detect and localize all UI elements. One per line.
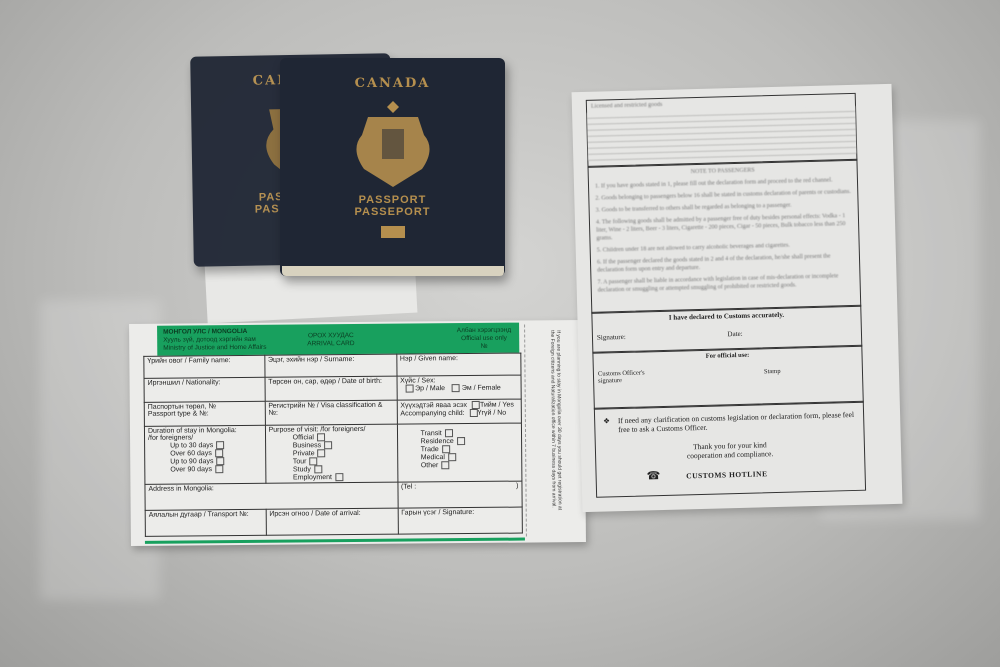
option-label: Medical	[421, 454, 445, 461]
option-checkbox[interactable]	[448, 453, 456, 461]
note-item: 4. The following goods shall be admitted…	[596, 212, 853, 243]
option-label: Private	[293, 450, 315, 457]
note-item: 7. A passenger shall be liable in accord…	[597, 272, 853, 295]
passport-front: CANADA PASSPORT PASSEPORT	[280, 58, 505, 276]
option-checkbox[interactable]	[216, 457, 224, 465]
option-label: Business	[293, 442, 321, 449]
option-checkbox[interactable]	[445, 429, 453, 437]
official-use-en: Official use only	[457, 335, 511, 343]
restricted-goods-list	[587, 106, 856, 161]
passport-title-fr: PASSEPORT	[280, 206, 505, 218]
transport-field[interactable]: Аялалын дугаар / Transport №:	[149, 511, 249, 519]
option-label: Over 90 days	[170, 466, 212, 473]
clarification-text: If need any clarification on customs leg…	[618, 410, 856, 434]
duration-options: Up to 30 daysOver 60 daysUp to 90 daysOv…	[148, 441, 262, 474]
given-name-field[interactable]: Нэр / Given name:	[400, 355, 458, 363]
accompanying-en: Accompanying child:	[400, 410, 464, 418]
option-checkbox[interactable]	[317, 433, 325, 441]
no-checkbox[interactable]	[470, 409, 478, 417]
option-checkbox[interactable]	[314, 465, 322, 473]
option-label: Transit	[421, 430, 442, 437]
passport-title: PASSPORT	[280, 194, 505, 206]
female-label: Эм / Female	[462, 385, 501, 392]
tel-close: )	[516, 483, 518, 490]
female-checkbox[interactable]	[452, 384, 460, 392]
card-green-bar	[145, 538, 525, 544]
option-checkbox[interactable]	[215, 465, 223, 473]
stamp-field: Stamp	[764, 368, 781, 375]
info-section: ❖ If need any clarification on customs l…	[594, 401, 866, 498]
sex-label: Хүйс / Sex:	[400, 377, 435, 384]
male-checkbox[interactable]	[405, 385, 413, 393]
option-checkbox[interactable]	[442, 445, 450, 453]
notes-section: NOTE TO PASSENGERS 1. If you have goods …	[587, 159, 861, 314]
option-item: Over 90 days	[170, 465, 262, 474]
option-label: Official	[293, 434, 314, 441]
dob-field[interactable]: Төрсөн он, сар, өдөр / Date of birth:	[268, 378, 382, 386]
option-checkbox[interactable]	[324, 441, 332, 449]
option-item: Other	[421, 461, 519, 470]
passport-pages	[282, 266, 504, 276]
option-checkbox[interactable]	[335, 473, 343, 481]
option-item: Employment	[293, 473, 394, 482]
nationality-field[interactable]: Иргэншил / Nationality:	[148, 379, 221, 387]
option-checkbox[interactable]	[216, 441, 224, 449]
signature-field[interactable]: Гарын үсэг / Signature:	[401, 509, 474, 517]
option-checkbox[interactable]	[309, 457, 317, 465]
purpose-options-b: TransitResidenceTradeMedicalOther	[400, 425, 518, 470]
biometric-chip-icon	[381, 226, 405, 238]
option-label: Trade	[421, 446, 439, 453]
purpose-options-a: OfficialBusinessPrivateTourStudyEmployme…	[269, 433, 394, 482]
header-ministry-en: Ministry of Justice and Home Affairs	[163, 344, 266, 353]
bullet-icon: ❖	[603, 416, 610, 434]
accompanying-mn: Хүүхэдтэй явaa эсэх	[400, 402, 467, 410]
phone-icon: ☎	[646, 470, 660, 482]
option-label: Residence	[421, 438, 454, 445]
option-checkbox[interactable]	[441, 461, 449, 469]
option-label: Other	[421, 462, 439, 469]
note-item: 6. If the passenger declared the goods s…	[597, 252, 853, 275]
option-checkbox[interactable]	[457, 437, 465, 445]
date-field[interactable]: Date:	[727, 330, 742, 338]
official-use-section: For official use: Customs Officer's sign…	[592, 345, 863, 410]
option-checkbox[interactable]	[318, 449, 326, 457]
no-label: Үгүй / No	[478, 410, 507, 417]
address-field[interactable]: Address in Mongolia:	[148, 485, 213, 493]
stub-notice: If you are planning to stay in Mongolia …	[549, 330, 563, 510]
restricted-goods-section: Licensed and restricted goods	[586, 93, 858, 168]
yes-label: Тийм / Yes	[480, 401, 514, 408]
option-label: Tour	[293, 458, 307, 465]
family-name-field[interactable]: Үрийн овог / Family name:	[147, 357, 230, 365]
notes-list: 1. If you have goods stated in 1, please…	[589, 176, 860, 295]
surname-field[interactable]: Эцэг, эхийн нэр / Surname:	[268, 356, 354, 364]
passport-type-field[interactable]: Passport type & №:	[148, 410, 209, 418]
customs-hotline: CUSTOMS HOTLINE	[686, 469, 768, 480]
signature-field[interactable]: Signature:	[597, 333, 626, 342]
card-stub: If you are planning to stay in Mongolia …	[524, 324, 577, 536]
customs-declaration-form: Licensed and restricted goods NOTE TO PA…	[572, 84, 903, 512]
arrival-card-fields: Үрийн овог / Family name: Эцэг, эхийн нэ…	[143, 353, 523, 537]
option-label: Employment	[293, 474, 332, 481]
arrival-card-header: МОНГОЛ УЛС / MONGOLIA Хууль зүй, дотоод …	[157, 323, 519, 356]
option-checkbox[interactable]	[215, 449, 223, 457]
visa-field[interactable]: Регистрийн № / Visa classification & №:	[268, 402, 382, 417]
arrival-date-field[interactable]: Ирсэн огноо / Date of arrival:	[269, 510, 360, 518]
arrival-card: МОНГОЛ УЛС / MONGOLIA Хууль зүй, дотоод …	[129, 320, 586, 546]
option-label: Study	[293, 466, 311, 473]
passport-country: CANADA	[280, 76, 505, 91]
tel-field[interactable]: (Tel :	[401, 483, 416, 490]
coat-of-arms-icon	[338, 99, 448, 189]
header-title-en: ARRIVAL CARD	[307, 340, 354, 348]
male-label: Эр / Male	[415, 385, 445, 392]
official-use-number: №	[457, 343, 511, 351]
